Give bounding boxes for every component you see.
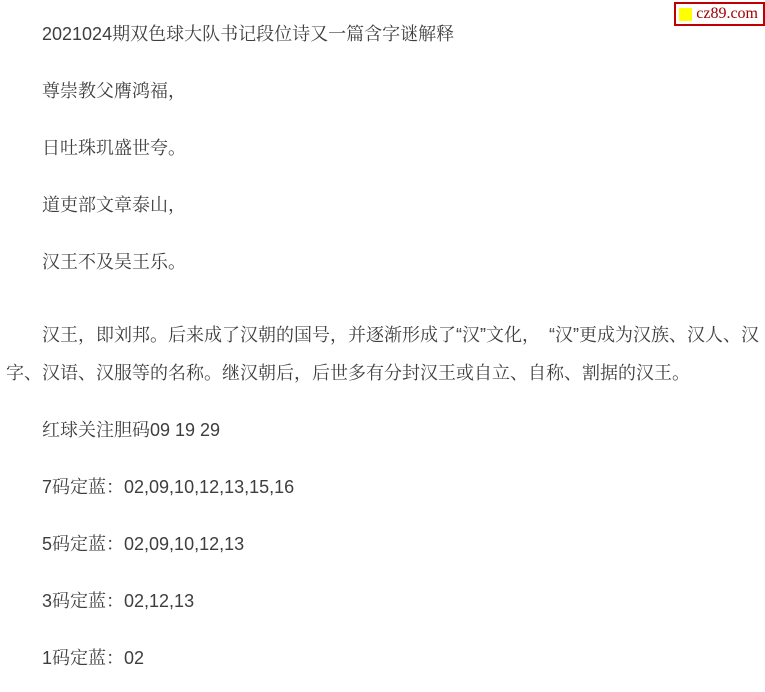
explanation-paragraph: 汉王，即刘邦。后来成了汉朝的国号，并逐渐形成了“汉”文化， “汉”更成为汉族、汉… — [6, 316, 759, 392]
blue-3-codes-line: 3码定蓝：02,12,13 — [6, 582, 759, 620]
blue-5-codes-line: 5码定蓝：02,09,10,12,13 — [6, 525, 759, 563]
article-content: 2021024期双色球大队书记段位诗又一篇含字谜解释 尊崇教父膺鸿福， 日吐珠玑… — [0, 0, 765, 677]
site-logo-text: cz89.com — [696, 6, 758, 22]
poem-line-3: 道吏部文章泰山， — [6, 186, 759, 224]
yellow-square-icon — [679, 8, 692, 21]
red-ball-dan-line: 红球关注胆码09 19 29 — [6, 411, 759, 449]
article-title: 2021024期双色球大队书记段位诗又一篇含字谜解释 — [6, 15, 759, 53]
poem-line-1: 尊崇教父膺鸿福， — [6, 72, 759, 110]
blue-7-codes-line: 7码定蓝：02,09,10,12,13,15,16 — [6, 468, 759, 506]
blue-1-code-line: 1码定蓝：02 — [6, 639, 759, 677]
site-logo[interactable]: cz89.com — [674, 2, 765, 26]
poem-line-2: 日吐珠玑盛世夸。 — [6, 129, 759, 167]
poem-line-4: 汉王不及吴王乐。 — [6, 243, 759, 281]
